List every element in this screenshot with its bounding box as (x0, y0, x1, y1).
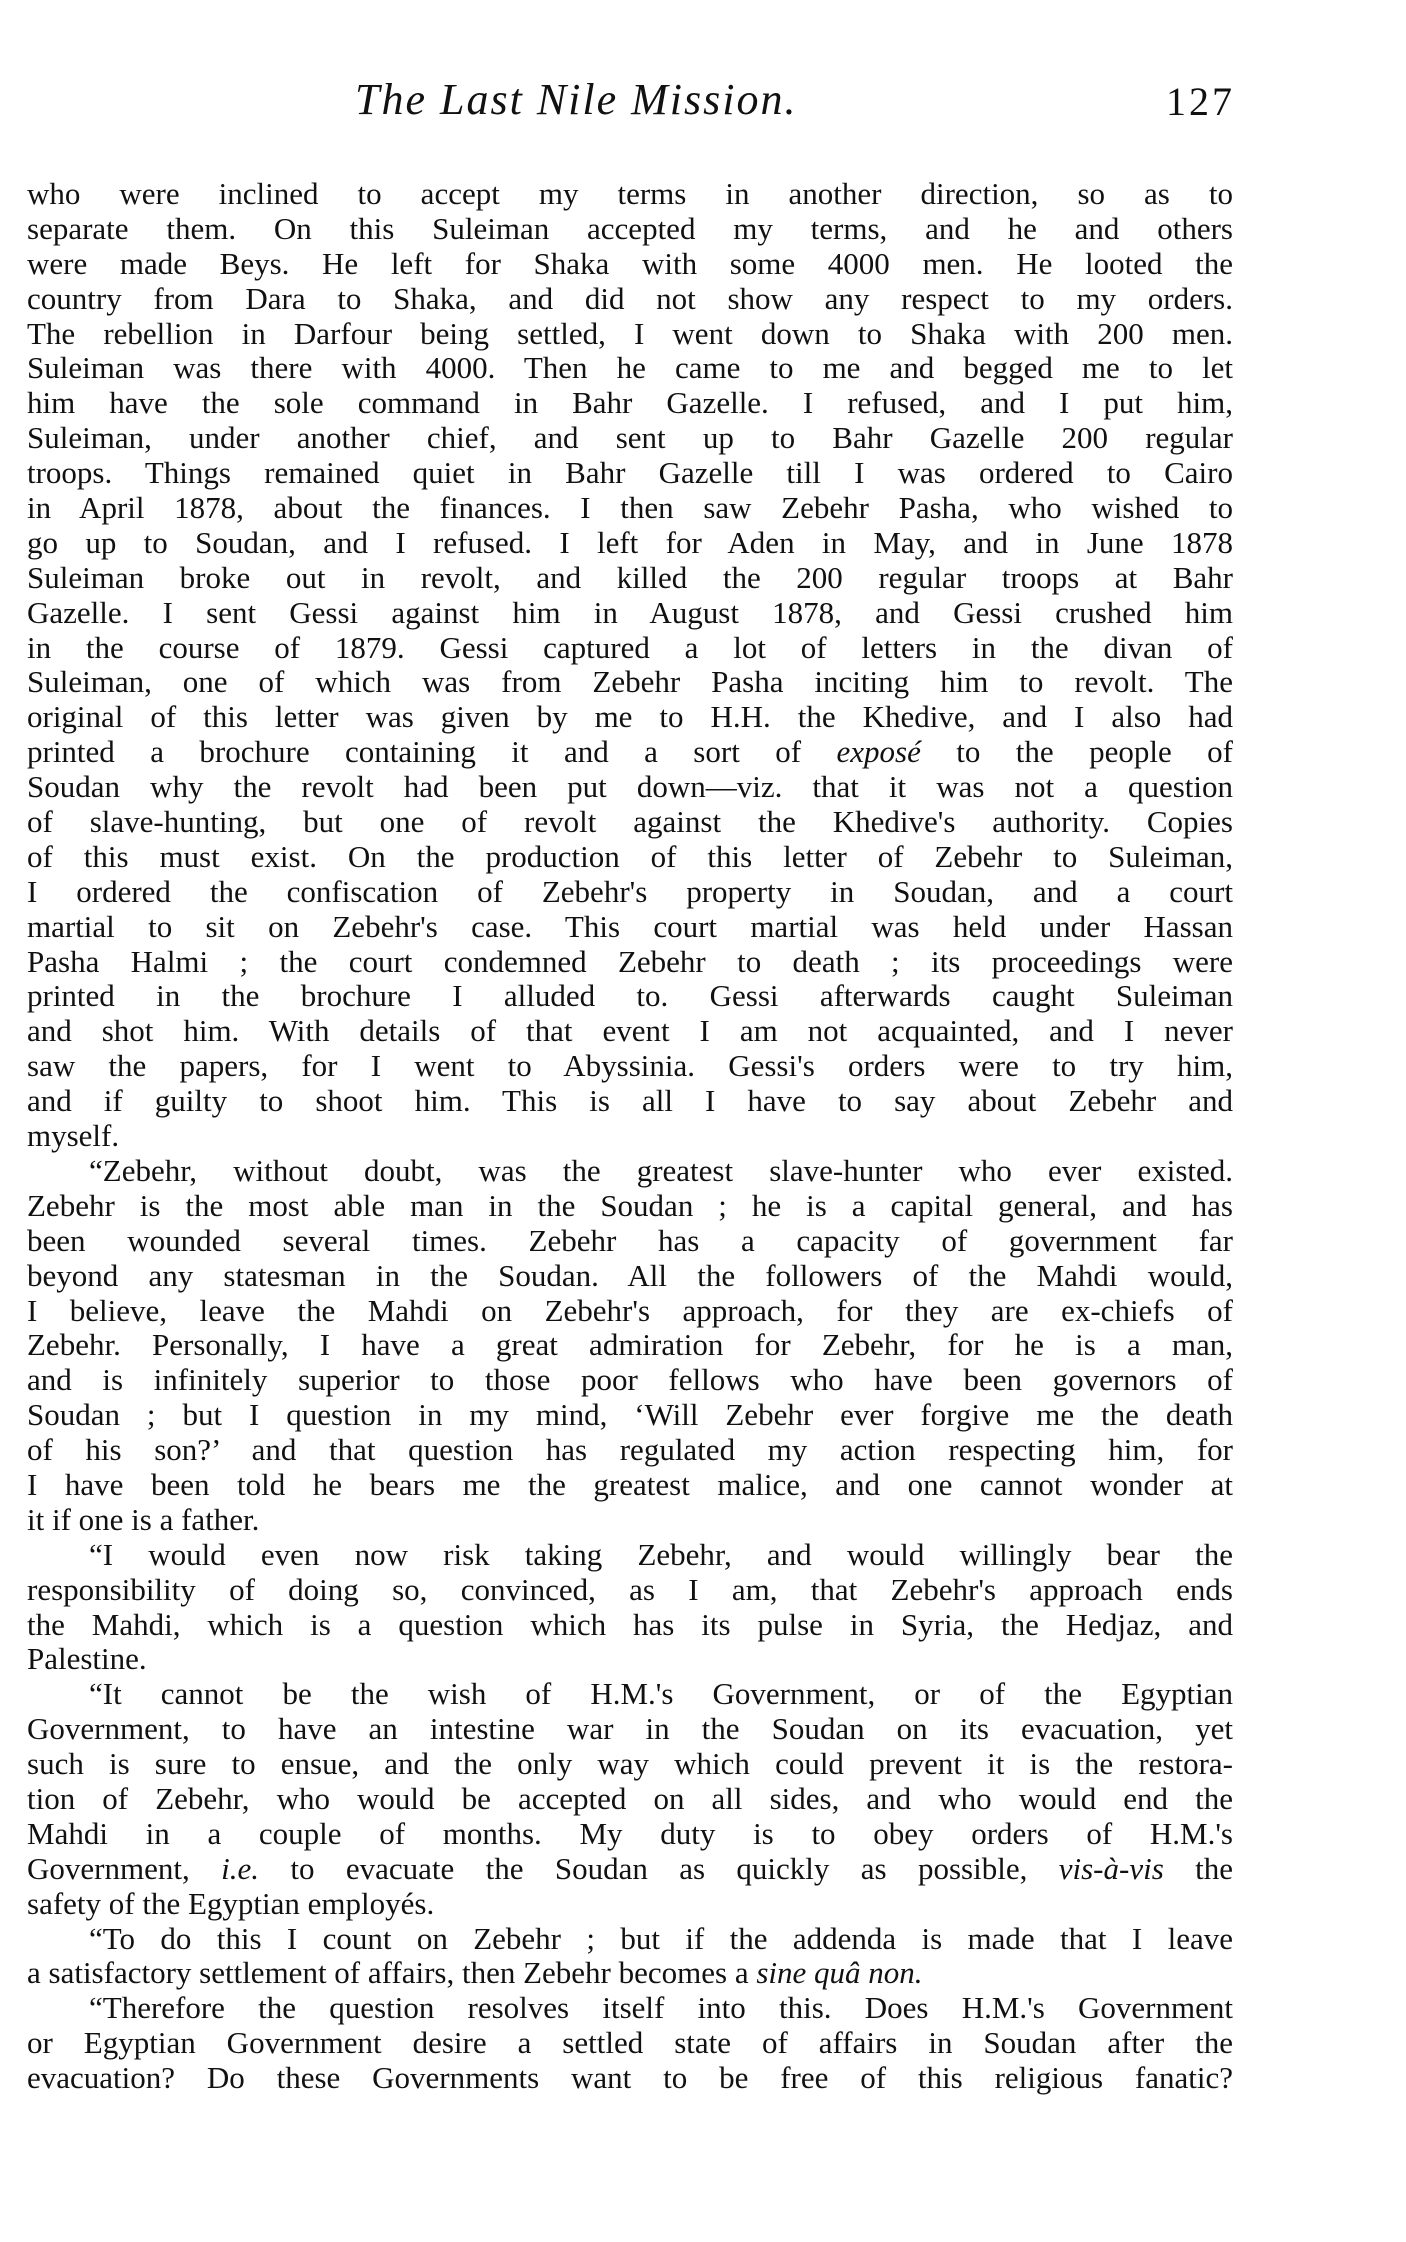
text-line: Gazelle. I sent Gessi against him in Aug… (27, 596, 1233, 631)
text-segment: country from Dara to Shaka, and did not … (27, 281, 1233, 316)
text-segment: it if one is a father. (27, 1502, 259, 1537)
text-segment: in April 1878, about the finances. I the… (27, 490, 1233, 525)
text-line: Soudan why the revolt had been put down—… (27, 770, 1233, 805)
text-line: of his son?’ and that question has regul… (27, 1433, 1233, 1468)
book-page: The Last Nile Mission. 127 who were incl… (0, 0, 1406, 2242)
text-line: “To do this I count on Zebehr ; but if t… (27, 1922, 1233, 1957)
text-segment: printed in the brochure I alluded to. Ge… (27, 978, 1233, 1013)
text-segment: printed a brochure containing it and a s… (27, 734, 837, 769)
italic-text: exposé (837, 734, 921, 769)
text-segment: go up to Soudan, and I refused. I left f… (27, 525, 1233, 560)
text-segment: and shot him. With details of that event… (27, 1013, 1233, 1048)
text-segment: of this must exist. On the production of… (27, 839, 1233, 874)
text-line: such is sure to ensue, and the only way … (27, 1747, 1233, 1782)
text-line: evacuation? Do these Governments want to… (27, 2061, 1233, 2096)
text-line: Zebehr. Personally, I have a great admir… (27, 1328, 1233, 1363)
text-line: saw the papers, for I went to Abyssinia.… (27, 1049, 1233, 1084)
text-line: Soudan ; but I question in my mind, ‘Wil… (27, 1398, 1233, 1433)
text-line: it if one is a father. (27, 1503, 1233, 1538)
text-segment: “Zebehr, without doubt, was the greatest… (89, 1153, 1233, 1188)
text-line: Suleiman, under another chief, and sent … (27, 421, 1233, 456)
text-segment: I ordered the confiscation of Zebehr's p… (27, 874, 1233, 909)
text-line: a satisfactory settlement of affairs, th… (27, 1956, 1233, 1991)
italic-text: sine quâ non. (756, 1955, 922, 1990)
text-segment: to evacuate the Soudan as quickly as pos… (259, 1851, 1059, 1886)
italic-text: vis-à-vis (1059, 1851, 1164, 1886)
text-segment: or Egyptian Government desire a settled … (27, 2025, 1233, 2060)
text-line: of slave-hunting, but one of revolt agai… (27, 805, 1233, 840)
text-line: I have been told he bears me the greates… (27, 1468, 1233, 1503)
page-number: 127 (1166, 72, 1235, 132)
text-line: and if guilty to shoot him. This is all … (27, 1084, 1233, 1119)
text-line: I believe, leave the Mahdi on Zebehr's a… (27, 1294, 1233, 1329)
text-line: Pasha Halmi ; the court condemned Zebehr… (27, 945, 1233, 980)
text-segment: Zebehr is the most able man in the Souda… (27, 1188, 1233, 1223)
text-line: the Mahdi, which is a question which has… (27, 1608, 1233, 1643)
text-segment: evacuation? Do these Governments want to… (27, 2060, 1233, 2095)
text-segment: to the people of (921, 734, 1233, 769)
text-line: printed in the brochure I alluded to. Ge… (27, 979, 1233, 1014)
text-segment: “It cannot be the wish of H.M.'s Governm… (89, 1676, 1233, 1711)
text-line: country from Dara to Shaka, and did not … (27, 282, 1233, 317)
text-line: who were inclined to accept my terms in … (27, 177, 1233, 212)
text-line: myself. (27, 1119, 1233, 1154)
text-segment: him have the sole command in Bahr Gazell… (27, 385, 1233, 420)
text-line: or Egyptian Government desire a settled … (27, 2026, 1233, 2061)
text-segment: Government, (27, 1851, 221, 1886)
text-segment: martial to sit on Zebehr's case. This co… (27, 909, 1233, 944)
text-line: “It cannot be the wish of H.M.'s Governm… (27, 1677, 1233, 1712)
text-segment: responsibility of doing so, convinced, a… (27, 1572, 1233, 1607)
text-segment: Suleiman broke out in revolt, and killed… (27, 560, 1233, 595)
text-line: him have the sole command in Bahr Gazell… (27, 386, 1233, 421)
text-segment: Suleiman, one of which was from Zebehr P… (27, 664, 1233, 699)
text-segment: original of this letter was given by me … (27, 699, 1233, 734)
running-header: The Last Nile Mission. 127 (355, 70, 1235, 130)
text-line: responsibility of doing so, convinced, a… (27, 1573, 1233, 1608)
text-line: Suleiman, one of which was from Zebehr P… (27, 665, 1233, 700)
text-line: and is infinitely superior to those poor… (27, 1363, 1233, 1398)
text-segment: troops. Things remained quiet in Bahr Ga… (27, 455, 1233, 490)
text-segment: the Mahdi, which is a question which has… (27, 1607, 1233, 1642)
text-line: been wounded several times. Zebehr has a… (27, 1224, 1233, 1259)
text-line: in the course of 1879. Gessi captured a … (27, 631, 1233, 666)
text-segment: the (1164, 1851, 1233, 1886)
text-line: Palestine. (27, 1642, 1233, 1677)
text-line: original of this letter was given by me … (27, 700, 1233, 735)
text-segment: saw the papers, for I went to Abyssinia.… (27, 1048, 1233, 1083)
text-line: The rebellion in Darfour being settled, … (27, 317, 1233, 352)
text-segment: of slave-hunting, but one of revolt agai… (27, 804, 1233, 839)
text-segment: myself. (27, 1118, 119, 1153)
text-segment: of his son?’ and that question has regul… (27, 1432, 1233, 1467)
text-line: Zebehr is the most able man in the Souda… (27, 1189, 1233, 1224)
text-segment: Suleiman was there with 4000. Then he ca… (27, 350, 1233, 385)
text-line: go up to Soudan, and I refused. I left f… (27, 526, 1233, 561)
text-segment: and is infinitely superior to those poor… (27, 1362, 1233, 1397)
text-line: tion of Zebehr, who would be accepted on… (27, 1782, 1233, 1817)
text-segment: “To do this I count on Zebehr ; but if t… (89, 1921, 1233, 1956)
text-line: safety of the Egyptian employés. (27, 1887, 1233, 1922)
text-line: Suleiman broke out in revolt, and killed… (27, 561, 1233, 596)
text-segment: safety of the Egyptian employés. (27, 1886, 434, 1921)
text-line: Government, to have an intestine war in … (27, 1712, 1233, 1747)
italic-text: i.e. (221, 1851, 259, 1886)
text-line: separate them. On this Suleiman accepted… (27, 212, 1233, 247)
text-segment: Soudan ; but I question in my mind, ‘Wil… (27, 1397, 1233, 1432)
text-segment: Soudan why the revolt had been put down—… (27, 769, 1233, 804)
text-segment: been wounded several times. Zebehr has a… (27, 1223, 1233, 1258)
text-line: were made Beys. He left for Shaka with s… (27, 247, 1233, 282)
text-segment: Gazelle. I sent Gessi against him in Aug… (27, 595, 1233, 630)
running-title: The Last Nile Mission. (355, 70, 798, 130)
text-segment: in the course of 1879. Gessi captured a … (27, 630, 1233, 665)
text-segment: were made Beys. He left for Shaka with s… (27, 246, 1233, 281)
text-segment: Suleiman, under another chief, and sent … (27, 420, 1233, 455)
text-line: troops. Things remained quiet in Bahr Ga… (27, 456, 1233, 491)
text-line: I ordered the confiscation of Zebehr's p… (27, 875, 1233, 910)
text-segment: I believe, leave the Mahdi on Zebehr's a… (27, 1293, 1233, 1328)
text-line: beyond any statesman in the Soudan. All … (27, 1259, 1233, 1294)
text-segment: who were inclined to accept my terms in … (27, 176, 1233, 211)
text-segment: Government, to have an intestine war in … (27, 1711, 1233, 1746)
text-line: printed a brochure containing it and a s… (27, 735, 1233, 770)
text-line: of this must exist. On the production of… (27, 840, 1233, 875)
text-line: “I would even now risk taking Zebehr, an… (27, 1538, 1233, 1573)
text-segment: tion of Zebehr, who would be accepted on… (27, 1781, 1233, 1816)
text-segment: and if guilty to shoot him. This is all … (27, 1083, 1233, 1118)
text-line: in April 1878, about the finances. I the… (27, 491, 1233, 526)
text-line: “Therefore the question resolves itself … (27, 1991, 1233, 2026)
text-line: Mahdi in a couple of months. My duty is … (27, 1817, 1233, 1852)
text-segment: such is sure to ensue, and the only way … (27, 1746, 1233, 1781)
text-line: Suleiman was there with 4000. Then he ca… (27, 351, 1233, 386)
text-line: martial to sit on Zebehr's case. This co… (27, 910, 1233, 945)
text-line: and shot him. With details of that event… (27, 1014, 1233, 1049)
text-segment: Palestine. (27, 1641, 147, 1676)
text-segment: I have been told he bears me the greates… (27, 1467, 1233, 1502)
text-line: “Zebehr, without doubt, was the greatest… (27, 1154, 1233, 1189)
body-text: who were inclined to accept my terms in … (27, 177, 1233, 2096)
text-line: Government, i.e. to evacuate the Soudan … (27, 1852, 1233, 1887)
text-segment: Zebehr. Personally, I have a great admir… (27, 1327, 1233, 1362)
text-segment: Pasha Halmi ; the court condemned Zebehr… (27, 944, 1233, 979)
text-segment: separate them. On this Suleiman accepted… (27, 211, 1233, 246)
text-segment: Mahdi in a couple of months. My duty is … (27, 1816, 1233, 1851)
text-segment: beyond any statesman in the Soudan. All … (27, 1258, 1233, 1293)
text-segment: “Therefore the question resolves itself … (89, 1990, 1233, 2025)
text-segment: “I would even now risk taking Zebehr, an… (89, 1537, 1233, 1572)
text-segment: The rebellion in Darfour being settled, … (27, 316, 1233, 351)
text-segment: a satisfactory settlement of affairs, th… (27, 1955, 756, 1990)
